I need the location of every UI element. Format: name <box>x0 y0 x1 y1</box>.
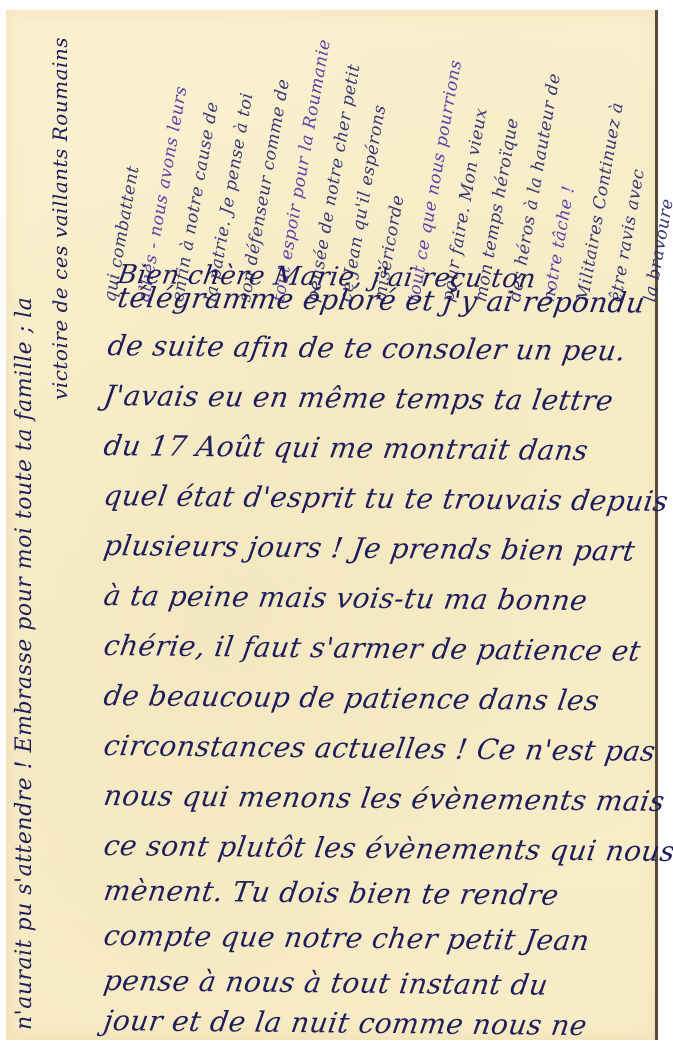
letter-line: plusieurs jours ! Je prends bien part <box>102 532 637 566</box>
letter-line: quel état d'esprit tu te trouvais depuis <box>102 482 670 516</box>
letter-line: chérie, il faut s'armer de patience et <box>102 632 643 666</box>
letter-line: ce sont plutôt les évènements qui nous <box>102 832 673 866</box>
letter-line: nous qui menons les évènements mais <box>102 782 667 816</box>
left-margin-line-1: n'aurait pu s'attendre ! Embrasse pour m… <box>12 297 37 1030</box>
letter-line: circonstances actuelles ! Ce n'est pas <box>102 732 658 766</box>
letter-line: de suite afin de te consoler un peu. <box>106 332 628 365</box>
letter-line: télégramme éploré et j'y ai répondu <box>116 284 647 318</box>
letter-line: à ta peine mais vois-tu ma bonne <box>102 582 590 615</box>
letter-line: mènent. Tu dois bien te rendre <box>102 877 561 910</box>
letter-line: J'avais eu en même temps ta lettre <box>102 382 615 415</box>
letter-line: de beaucoup de patience dans les <box>102 682 601 715</box>
letter-line: pense à nous à tout instant du <box>102 967 550 1000</box>
paper-right-edge <box>655 10 658 1040</box>
left-margin-line-2: victoire de ces vaillants Roumains <box>48 37 72 400</box>
letter-line: jour et de la nuit comme nous ne <box>102 1007 589 1040</box>
letter-line: du 17 Août qui me montrait dans <box>102 432 590 465</box>
letter-line: compte que notre cher petit Jean <box>102 922 592 955</box>
